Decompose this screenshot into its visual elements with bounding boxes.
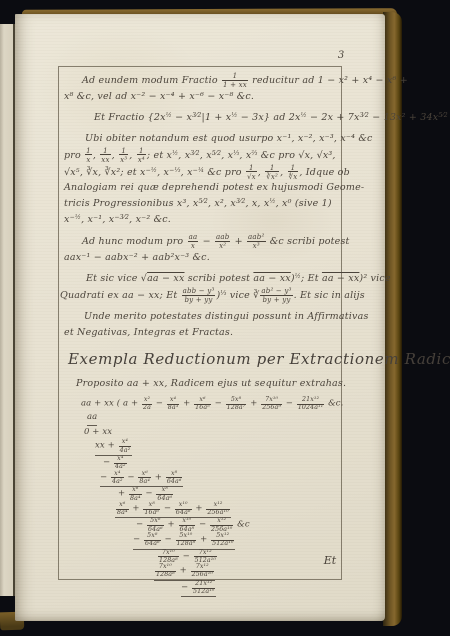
book-cover-edge [383, 12, 402, 626]
section-heading-exempla: Exempla Reductionum per Extractionem Rad… [68, 348, 342, 370]
division-row: − 21x¹²512a¹⁰ [181, 581, 342, 598]
manuscript-line: tricis Progressionibus x³, x5⁄2, x², x3⁄… [64, 196, 342, 212]
paragraph-fractio-reducitur: Ad eundem modum Fractio 11 + xx reducitu… [64, 72, 342, 105]
manuscript-line: Proposito aa + xx, Radicem ejus ut sequi… [76, 376, 342, 392]
manuscript-line: Unde merito potestates distingui possunt… [84, 309, 342, 325]
division-row: aa [87, 411, 342, 426]
paragraph-proposito: Proposito aa + xx, Radicem ejus ut sequi… [64, 376, 342, 392]
paragraph-ubi-obiter-notandum: Ubi obiter notandum est quod usurpo x⁻¹,… [64, 131, 342, 229]
page-number: 3 [329, 50, 353, 61]
manuscript-line: Quadrati ex aa − xx; Et abb − y³by + yy)… [60, 287, 342, 304]
division-row: xx + x⁴4a² [95, 439, 342, 456]
division-row: − 5x⁸64a⁶ − 5x¹⁰128a⁸ + 5x¹²512a¹⁰ [133, 533, 342, 550]
paragraph-ad-hunc-modum: Ad hunc modum pro aax − aabx² + aab²x³ &… [64, 233, 342, 266]
manuscript-line: x−½, x⁻¹, x−3⁄2, x⁻² &c. [64, 212, 342, 228]
manuscript-line: Ad eundem modum Fractio 11 + xx reducitu… [82, 72, 342, 89]
division-row: − x⁴4a² − x⁶8a⁴ + x⁸64a⁶ [100, 471, 342, 488]
manuscript-text: Ad eundem modum Fractio 11 + xx reducitu… [64, 72, 342, 597]
paragraph-fractio-surd: Et Fractio {2x½ − x3⁄2|1 + x½ − 3x} ad 2… [64, 110, 342, 126]
manuscript-line: x⁸ &c, vel ad x⁻² − x⁻⁴ + x⁻⁶ − x⁻⁸ &c. [64, 89, 342, 105]
division-row: x⁶8a⁴ + x⁸16a⁶ − x¹⁰64a⁸ + x¹²256a¹⁰ [115, 502, 342, 519]
root-extraction-work: aa + xx ( a + x²2a − x⁴8a³ + x⁶16a⁵ − 5x… [81, 397, 342, 598]
manuscript-line: Analogiam rei quæ deprehendi potest ex h… [64, 180, 342, 196]
division-header: aa + xx ( a + x²2a − x⁴8a³ + x⁶16a⁵ − 5x… [81, 397, 342, 412]
page-edge-stack [0, 24, 15, 596]
division-row: 7x¹⁰128a⁸ − 7x¹²512a¹⁰ [157, 550, 342, 565]
paragraph-unde-merito: Unde merito potestates distingui possunt… [64, 309, 342, 341]
division-row: + x⁶8a⁴ − x⁸64a⁶ [118, 487, 342, 502]
manuscript-page: 3 Et Ad eundem modum Fractio 11 + xx red… [15, 14, 385, 621]
manuscript-line: Et sic vice √aa − xx scribi potest aa − … [86, 271, 342, 287]
division-row: 7x¹⁰128a⁸ + 7x¹²256a¹⁰ [154, 564, 342, 581]
division-row: − 5x⁸64a⁶ + x¹⁰64a⁸ − x¹²256a¹⁰ &c [136, 518, 342, 533]
manuscript-line: Et Fractio {2x½ − x3⁄2|1 + x½ − 3x} ad 2… [94, 110, 342, 126]
manuscript-line: √x⁵, ∛x, ∛x²; et x−½, x−⅓, x−¼ &c pro 1√… [64, 164, 342, 181]
division-row: − x⁴4a² [103, 456, 342, 471]
manuscript-line: Ubi obiter notandum est quod usurpo x⁻¹,… [85, 131, 342, 147]
manuscript-line: aax⁻¹ − aabx⁻² + aab²x⁻³ &c. [64, 250, 342, 266]
manuscript-line: et Negativas, Integras et Fractas. [64, 325, 342, 341]
manuscript-line: pro 1x, 1xx, 1x³, 1x⁴; et x½, x3⁄2, x5⁄2… [64, 147, 342, 164]
manuscript-line: Ad hunc modum pro aax − aabx² + aab²x³ &… [82, 233, 342, 250]
paragraph-et-sic-vice: Et sic vice √aa − xx scribi potest aa − … [64, 271, 342, 304]
